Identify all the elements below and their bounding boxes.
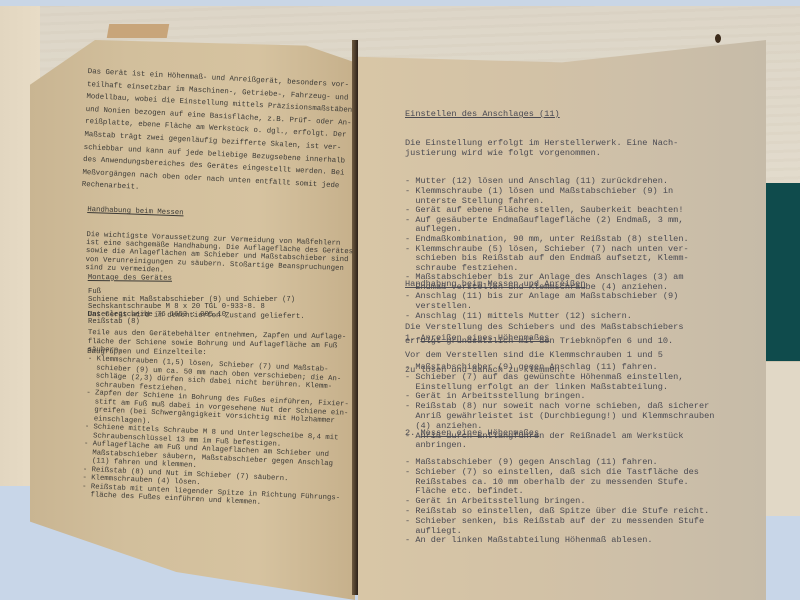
parts-list: FußSchiene mit Maßstabschieber (9) und S… [88, 289, 295, 327]
steps-list: - Klemmschrauben (1,5) lösen, Schieber (… [81, 355, 350, 511]
book-gutter [352, 40, 358, 595]
list-item: - Schieber (7) so einstellen, daß sich d… [405, 468, 709, 497]
section-number: 1. [405, 333, 415, 343]
section-heading: Einstellen des Anschlages (11) [405, 110, 689, 120]
list-item: - Auf gesäuberte Endmaßauflagefläche (2)… [405, 216, 689, 235]
section-heading: Handhabung beim Messen und Anreißen [405, 277, 683, 291]
section2-steps: - Maßstabschieber (9) gegen Anschlag (11… [405, 458, 709, 546]
section-heading: Anreißen eines Höhenmaßes [421, 333, 550, 343]
blue-surface-left [0, 486, 30, 526]
list-item: - An der linken Maßstabteilung Höhenmaß … [405, 536, 709, 546]
section-heading: Handhabung beim Messen [87, 206, 354, 224]
section-heading: Montage des Gerätes [88, 272, 305, 286]
part-item: Reißstab (8) [88, 319, 295, 327]
insect-speck [715, 34, 721, 43]
list-item-line: - An der linken Maßstabteilung Höhenmaß … [405, 536, 709, 546]
list-item: - Schieber (7) auf das gewünschte Höhenm… [405, 373, 714, 393]
left-intro: Das Gerät ist ein Höhenmaß- und Anreißge… [81, 66, 353, 206]
section-number: 2. [405, 428, 415, 438]
steps-intro: Teile aus den Gerätebehälter entnehmen, … [88, 329, 347, 359]
anschlag-intro: Die Einstellung erfolgt im Herstellerwer… [405, 139, 689, 158]
list-item: - Schieber senken, bis Reißstab auf der … [405, 517, 709, 537]
right-section2: 2. Messen eines Höhenmaßes - Maßstabschi… [405, 409, 709, 556]
text-line: justierung wird wie folgt vorgenommen. [405, 149, 689, 159]
page-tab [107, 24, 169, 38]
list-item: - Klemmschraube (1) lösen und Maßstabsch… [405, 187, 689, 206]
section-heading: Messen eines Höhenmaßes [421, 428, 540, 438]
